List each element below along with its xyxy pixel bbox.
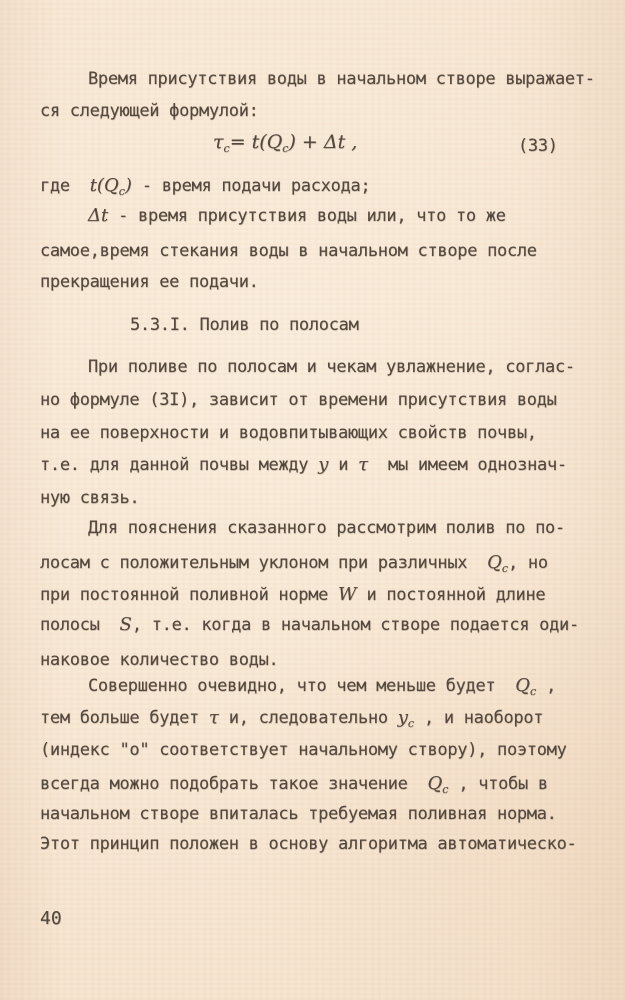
text-segment: но формуле (3I), зависит от времени прис… [40,390,557,410]
math-symbol: y [398,707,408,728]
math-symbol: ) + Δt , [288,131,357,153]
text-segment: самое,время стекания воды в начальном ст… [40,241,537,261]
text-segment: , чтобы в [448,774,547,794]
text-segment: Этот принцип положен в основу алгоритма … [40,834,576,854]
math-symbol: ) [125,175,132,196]
text-segment: на ее поверхности и водовпитывающих свой… [40,423,537,443]
paragraph-line: тем больше будет τ и, следовательно yc ,… [40,707,543,735]
math-symbol: τ [358,454,368,475]
math-symbol: Δt [88,205,108,226]
text-segment: полосы [40,615,119,635]
text-segment: при постоянной поливной норме [40,585,338,605]
text-segment: тем больше будет [40,708,209,728]
text-segment: Совершенно очевидно, что чем меньше буде… [88,676,515,696]
paragraph-line: Δt - время присутствия воды или, что то … [88,205,506,227]
text-segment: прекращения ее подачи. [40,272,259,292]
paragraph-line: при постоянной поливной норме W и постоя… [40,584,545,606]
paragraph-line: на ее поверхности и водовпитывающих свой… [40,422,537,444]
paragraph-line: Для пояснения сказанного рассмотрим поли… [88,517,565,539]
paragraph-line: но формуле (3I), зависит от времени прис… [40,389,557,411]
math-symbol: τ [209,707,219,728]
text-segment: и постоянной длине [357,585,546,605]
text-segment: , и наоборот [414,708,543,728]
paragraph-line: Совершенно очевидно, что чем меньше буде… [88,675,556,703]
text-segment: Для пояснения сказанного рассмотрим поли… [88,518,565,538]
text-segment: начальном створе впиталась требуемая пол… [40,804,557,824]
paragraph-line: При поливе по полосам и чекам увлажнение… [88,356,575,378]
paragraph-line: Время присутствия воды в начальном створ… [88,68,595,90]
text-segment: где [40,176,90,196]
paragraph-line: т.е. для данной почвы между y и τ мы име… [40,454,567,476]
paragraph-line: прекращения ее подачи. [40,271,259,293]
math-symbol: Q [515,675,530,696]
paragraph-line: всегда можно подобрать такое значение Qc… [40,773,548,801]
paragraph-line: самое,время стекания воды в начальном ст… [40,240,537,262]
text-segment: ся следующей формулой: [40,101,259,121]
text-segment: , т.е. когда в начальном створе подается… [132,615,579,635]
section-heading: 5.3.I. Полив по полосам [130,314,359,336]
text-segment: , [536,676,556,696]
paragraph-line: начальном створе впиталась требуемая пол… [40,803,557,825]
text-segment: , но [508,553,548,573]
math-symbol: S [119,614,131,635]
math-symbol: τ [213,131,224,153]
page-number: 40 [40,908,62,929]
paragraph-line: ся следующей формулой: [40,100,259,122]
math-symbol: y [318,454,328,475]
math-symbol: Q [487,552,502,573]
text-segment: Время присутствия воды в начальном створ… [88,69,595,89]
text-segment: всегда можно подобрать такое значение [40,774,427,794]
text-segment: и [328,455,358,475]
paragraph-line: полосы S, т.е. когда в начальном створе … [40,614,579,636]
paragraph-line: наковое количество воды. [40,649,278,671]
text-segment: и, следовательно [219,708,398,728]
text-segment: (индекс "о" соответствует начальному ств… [40,740,567,760]
formula: τc= t(Qc) + Δt , [213,131,357,160]
math-symbol: Q [427,773,442,794]
text-segment: наковое количество воды. [40,650,278,670]
text-segment: т.е. для данной почвы между [40,455,318,475]
paragraph-line: лосам с положительным уклоном при различ… [40,552,548,580]
text-segment: - время присутствия воды или, что то же [108,206,505,226]
text-segment: При поливе по полосам и чекам увлажнение… [88,357,575,377]
math-symbol: W [338,584,357,605]
paragraph-line: ную связь. [40,487,139,509]
math-symbol: = t(Q [230,131,283,153]
text-segment: ную связь. [40,488,139,508]
equation-number: (33) [518,135,558,157]
text-segment: мы имеем однознач- [368,455,567,475]
text-segment: - время подачи расхода; [132,176,370,196]
paragraph-line: (индекс "о" соответствует начальному ств… [40,739,567,761]
text-segment: (33) [518,136,558,156]
math-symbol: t(Q [90,175,119,196]
text-segment: лосам с положительным уклоном при различ… [40,553,487,573]
document-page: Время присутствия воды в начальном створ… [0,0,625,1000]
paragraph-line: Этот принцип положен в основу алгоритма … [40,833,576,855]
paragraph-line: где t(Qc) - время подачи расхода; [40,175,370,203]
text-segment: 5.3.I. Полив по полосам [130,315,359,335]
